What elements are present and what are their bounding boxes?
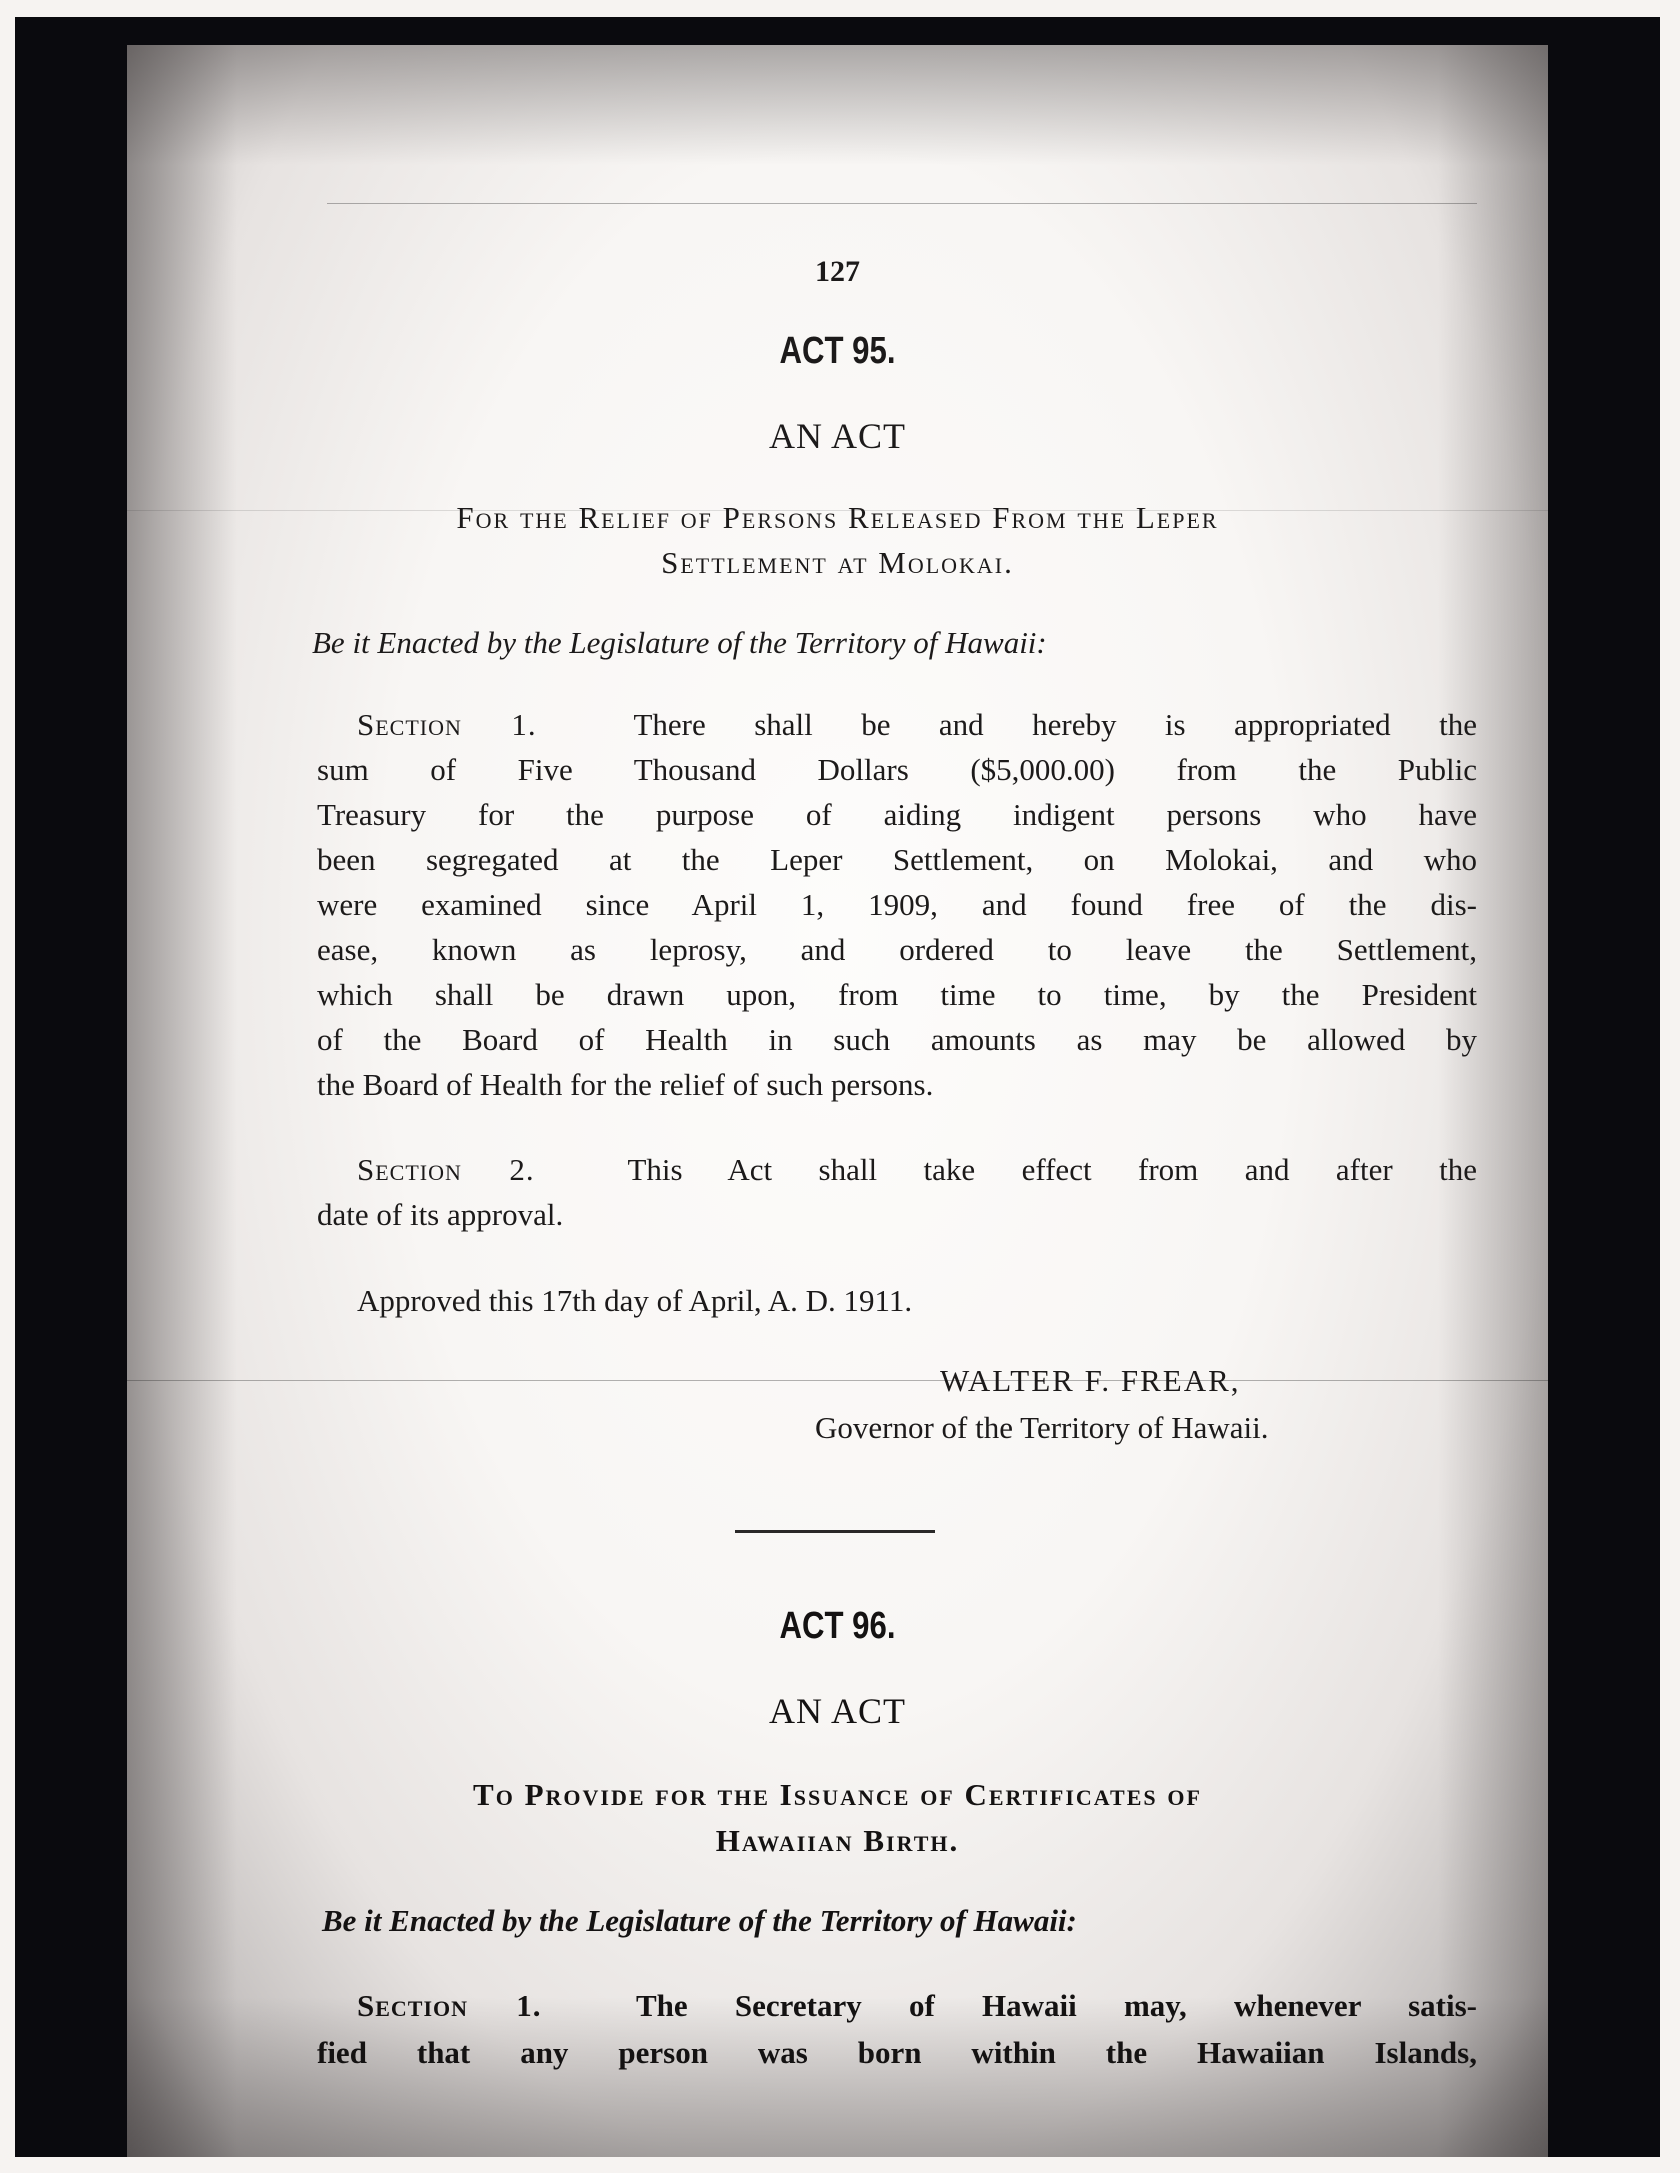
act-96-section-1-line: Section 1. The Secretary of Hawaii may, … — [357, 1988, 1477, 2024]
approval-date: Approved this 17th day of April, A. D. 1… — [357, 1283, 912, 1319]
section-divider — [735, 1530, 935, 1533]
act-95-section-1-line: of the Board of Health in such amounts a… — [317, 1022, 1477, 1058]
act-95-heading: ACT 95. — [255, 330, 1420, 373]
scan-artifact-line — [127, 1380, 1548, 1381]
act-95-section-1-line: sum of Five Thousand Dollars ($5,000.00)… — [317, 752, 1477, 788]
page-number: 127 — [127, 255, 1548, 289]
act-95-section-1-line: been segregated at the Leper Settlement,… — [317, 842, 1477, 878]
act-95-section-1-line: the Board of Health for the relief of su… — [317, 1067, 1477, 1103]
act-95-section-1-line: Treasury for the purpose of aiding indig… — [317, 797, 1477, 833]
section-label: Section 1. — [357, 1988, 542, 2023]
scan-artifact-line — [327, 203, 1477, 204]
act-96-section-1-line: fied that any person was born within the… — [317, 2035, 1477, 2071]
act-95-section-1-line: which shall be drawn upon, from time to … — [317, 977, 1477, 1013]
act-95-section-2-line: Section 2. This Act shall take effect fr… — [357, 1152, 1477, 1188]
act-96-heading: ACT 96. — [255, 1605, 1420, 1648]
act-95-enacting-clause: Be it Enacted by the Legislature of the … — [312, 625, 1047, 661]
section-label: Section 2. — [357, 1152, 535, 1187]
act-96-title-line-2: Hawaiian Birth. — [127, 1823, 1548, 1859]
act-95-title-line-1: For the Relief of Persons Released From … — [127, 500, 1548, 536]
act-95-section-1-line: were examined since April 1, 1909, and f… — [317, 887, 1477, 923]
section-label: Section 1. — [357, 707, 537, 742]
document-page: 127 ACT 95. AN ACT For the Relief of Per… — [127, 45, 1548, 2157]
act-95-section-1-line: ease, known as leprosy, and ordered to l… — [317, 932, 1477, 968]
act-95-title-line-2: Settlement at Molokai. — [127, 545, 1548, 581]
act-96-enacting-clause: Be it Enacted by the Legislature of the … — [322, 1903, 1077, 1939]
act-95-section-1-line: Section 1. There shall be and hereby is … — [357, 707, 1477, 743]
signatory-title: Governor of the Territory of Hawaii. — [815, 1410, 1269, 1446]
act-95-section-2-line: date of its approval. — [317, 1197, 1477, 1233]
act-96-label: AN ACT — [127, 1690, 1548, 1732]
act-96-title-line-1: To Provide for the Issuance of Certifica… — [127, 1777, 1548, 1813]
act-95-label: AN ACT — [127, 415, 1548, 457]
signatory-name: WALTER F. FREAR, — [940, 1363, 1241, 1399]
